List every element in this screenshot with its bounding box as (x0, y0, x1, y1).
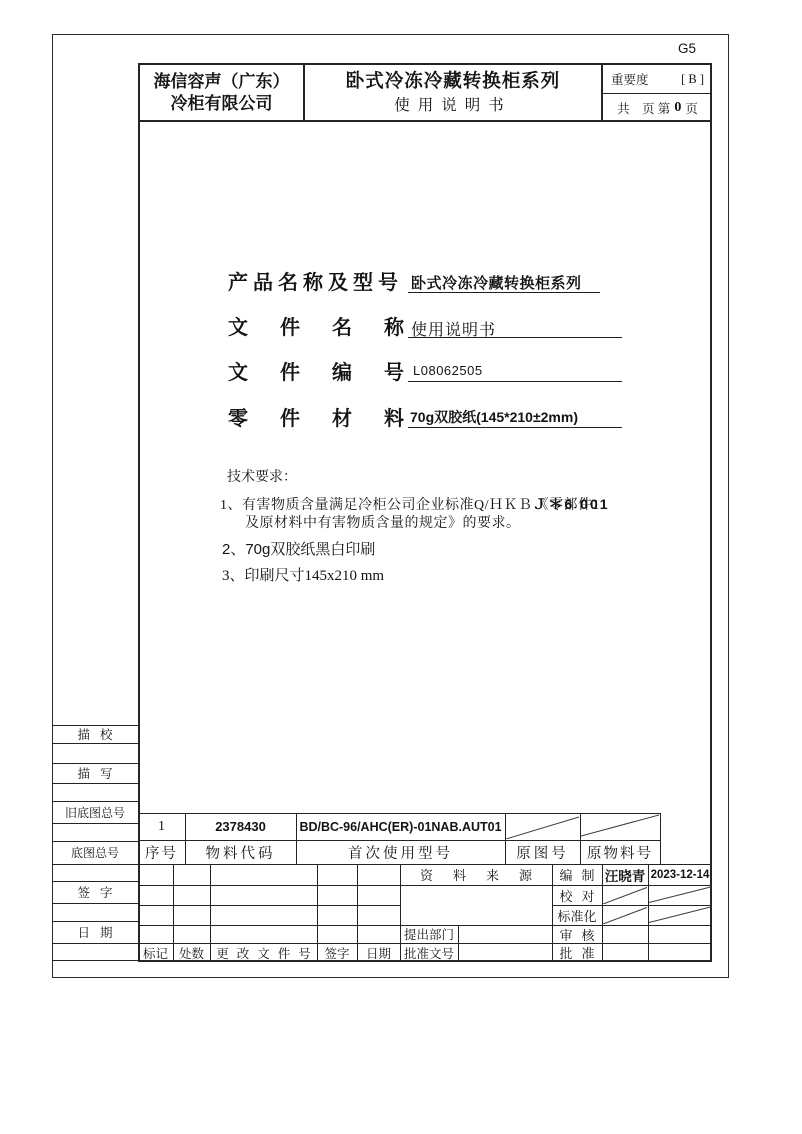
not-applicable-slash (649, 886, 711, 904)
source-block-header: 资料来源 (400, 864, 552, 885)
approval-label-checked: 校对 (552, 885, 602, 905)
source-dept-label: 提出部门 (400, 925, 458, 943)
grid-line (52, 903, 138, 904)
field-label-doc-name: 文件名称 (228, 311, 436, 340)
pages-suffix: 页 (685, 99, 698, 117)
grid-line (660, 813, 661, 864)
overprint-layer-b: 《零部件1 (535, 494, 601, 514)
parts-material-code-value: 2378430 (185, 813, 296, 840)
not-applicable-slash (649, 906, 711, 924)
tech-req1-text: 1、有害物质含量满足冷柜公司企业标准Q/ＨＫＢ (220, 498, 533, 513)
revision-label-change-doc-no: 更改文件号 (210, 943, 317, 962)
field-underline (408, 292, 600, 293)
not-applicable-slash (603, 886, 647, 904)
approval-prepared-name: 汪晓青 (602, 864, 648, 885)
source-approve-doc-label: 批准文号 (400, 943, 458, 962)
field-underline (408, 427, 622, 428)
tech-requirements-title: 技术要求： (227, 466, 297, 486)
not-applicable-slash (506, 814, 579, 839)
parts-header-first-model: 首次使用型号 (296, 840, 505, 864)
grid-line (52, 783, 138, 784)
sidebar-label-trace-write: 描写 (52, 763, 138, 783)
sidebar-label-old-master-no: 旧底图总号 (52, 801, 138, 823)
tech-requirement-3: 3、印刷尺寸145x210 mm (222, 564, 384, 585)
revision-label-sign: 签字 (317, 943, 357, 962)
not-applicable-slash (603, 906, 647, 924)
grid-line (52, 960, 138, 961)
grid-line (52, 823, 138, 824)
doc-type-title: 使用说明书 (394, 94, 512, 118)
header-company-cell: 海信容声（广东） 冷柜有限公司 (140, 65, 305, 122)
field-underline (408, 381, 622, 382)
parts-header-material-code: 物料代码 (185, 840, 296, 864)
parts-first-model-value: BD/BC-96/AHC(ER)-01NAB.AUT01 (296, 813, 505, 840)
parts-header-seq: 序号 (138, 840, 185, 864)
header-importance-cell: 重要度 [ B ] 共 页 第 0 页 (603, 65, 712, 122)
tech-requirement-1-line2: 及原材料中有害物质含量的规定》的要求。 (245, 512, 521, 532)
approval-label-reviewed: 审核 (552, 925, 602, 943)
field-label-doc-number: 文件编号 (228, 356, 436, 385)
header-title-cell: 卧式冷冻冷藏转换柜系列 使用说明书 (305, 65, 603, 122)
field-underline (408, 337, 622, 338)
approval-prepared-date: 2023-12-14 (648, 864, 712, 885)
importance-label: 重要度 (611, 70, 649, 88)
field-value-doc-number: L08062505 (413, 363, 483, 378)
approval-label-prepared: 编制 (552, 864, 602, 885)
revision-label-count: 处数 (173, 943, 210, 962)
sidebar-label-signature: 签字 (52, 881, 138, 903)
parts-seq-value: 1 (138, 813, 185, 840)
scanned-document-page: G5 海信容声（广东） 冷柜有限公司 卧式冷冻冷藏转换柜系列 使用说明书 重要度… (0, 0, 802, 1134)
grid-line (138, 905, 400, 906)
company-name-line2: 冷柜有限公司 (171, 93, 273, 115)
pages-prefix: 共 页 第 (617, 99, 670, 117)
importance-value: [ B ] (681, 72, 704, 87)
company-name-line1: 海信容声（广东） (154, 71, 290, 93)
field-label-part-material: 零件材料 (228, 402, 436, 431)
field-value-product-name: 卧式冷冻冷藏转换柜系列 (411, 272, 582, 293)
revision-label-mark: 标记 (138, 943, 173, 962)
revision-label-date: 日期 (357, 943, 400, 962)
sidebar-label-master-no: 底图总号 (52, 841, 138, 863)
pages-current: 0 (674, 100, 681, 116)
tech-requirement-1-line1: 1、有害物质含量满足冷柜公司企业标准Q/ＨＫＢＪ＊6 001《零部件1 (220, 494, 610, 514)
doc-series-title: 卧式冷冻冷藏转换柜系列 (346, 68, 561, 94)
grid-line (458, 925, 459, 962)
not-applicable-slash (581, 814, 659, 839)
approval-label-standardized: 标准化 (552, 905, 602, 925)
tech-requirement-2: 2、70g双胶纸黑白印刷 (222, 538, 375, 559)
overprint-text: Ｊ＊6 001《零部件1 (533, 494, 610, 514)
sidebar-label-date: 日期 (52, 921, 138, 943)
field-value-part-material: 70g双胶纸(145*210±2mm) (410, 407, 578, 427)
sidebar-label-trace-check: 描校 (52, 725, 138, 743)
grid-line (52, 743, 138, 744)
field-label-product-name: 产品名称及型号 (228, 266, 403, 295)
g5-code: G5 (664, 39, 710, 57)
approval-label-approved: 批准 (552, 943, 602, 962)
parts-header-orig-material-no: 原物料号 (580, 840, 660, 864)
parts-header-orig-drawing-no: 原图号 (505, 840, 580, 864)
